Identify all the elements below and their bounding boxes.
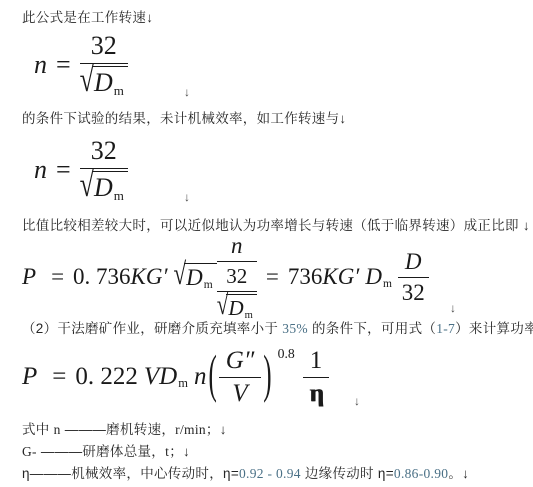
radical-sign: √ [174, 257, 187, 292]
radical-sign: √ [80, 60, 94, 101]
document-page: 此公式是在工作转速↓ n = 32 √ Dm ↓ 的条件下试验的结果，未计机械效… [0, 0, 533, 487]
linebreak-mark: ↓ [354, 394, 360, 408]
math-variable-D: D [94, 68, 113, 97]
fraction-denominator: √ Dm [80, 169, 128, 204]
fill-rate-value: 35% [282, 321, 308, 336]
paragraph-5-text: ；↓ [206, 422, 227, 437]
fraction-denominator: √ Dm [217, 292, 257, 321]
paragraph-4-text: ）来计算功率：↓ [455, 321, 533, 336]
linebreak-mark: ↓ [450, 301, 456, 315]
square-root: √ Dm [80, 66, 128, 99]
equals-sign: = [51, 264, 64, 290]
fraction-G-V: G″ V [219, 347, 261, 408]
radicand: Dm [184, 263, 217, 291]
subscript-m: m [245, 310, 253, 321]
equals-sign: = [56, 155, 71, 185]
linebreak-mark: ↓ [184, 85, 190, 99]
math-variable-n: n [231, 233, 243, 258]
square-root: √ Dm [80, 171, 128, 204]
radicand: Dm [226, 294, 257, 321]
left-paren: ( [208, 348, 216, 407]
fraction-numerator: n [217, 233, 257, 262]
paragraph-5-text: ———磨机转速， [61, 422, 175, 437]
math-variable-n: n [194, 363, 207, 391]
unit-rpm: r/min [175, 422, 206, 437]
subscript-m: m [178, 376, 188, 390]
fraction-denominator: 32 [398, 278, 429, 306]
equals-sign: = [52, 363, 66, 391]
fraction: 32 √ Dm [80, 31, 128, 99]
subscript-m: m [114, 83, 124, 98]
math-variable-n: n [34, 50, 47, 80]
math-variable-G-doubleprime: G″ [226, 347, 254, 374]
fraction-inner: 32 √ Dm [217, 264, 257, 321]
math-variable-P: P [22, 264, 36, 290]
radical-sign: √ [80, 165, 94, 206]
paragraph-7-text: η———机械效率，中心传动时，η= [22, 466, 239, 481]
fraction-1-eta: 1 η [303, 347, 330, 408]
fraction-denominator: √ Dm [80, 64, 128, 99]
fraction: 32 √ Dm [80, 136, 128, 204]
linebreak-mark: ↓ [184, 190, 190, 204]
radicand: Dm [92, 171, 128, 204]
paragraph-5: 式中 n ———磨机转速，r/min；↓ [22, 420, 525, 440]
math-variable-D: D [228, 296, 243, 320]
paragraph-7-text: 边缘传动时 η= [301, 466, 394, 481]
paragraph-4-text: 的条件下，可用式（ [308, 321, 436, 336]
paragraph-7-text: 。↓ [448, 466, 469, 481]
fraction-numerator: D [398, 249, 429, 278]
paragraph-6-text: ———研磨体总量， [37, 444, 165, 459]
efficiency-range-central: 0.92 - 0.94 [239, 466, 301, 481]
paragraph-6-text: ；↓ [169, 444, 190, 459]
coefficient: 0. 222 [75, 363, 138, 391]
math-variable-n: n [34, 155, 47, 185]
paragraph-7: η———机械效率，中心传动时，η=0.92 - 0.94 边缘传动时 η=0.8… [22, 464, 525, 484]
math-variable-V: V [232, 380, 247, 407]
paragraph-3: 比值比较相差较大时，可以近似地认为功率增长与转速（低于临界转速）成正比即 ↓ [22, 217, 525, 235]
math-variable-KG-prime: KG′ [131, 264, 168, 290]
square-root: √ Dm [174, 263, 217, 291]
paragraph-5-text: 式中 [22, 422, 54, 437]
coefficient: 736 [288, 264, 323, 290]
symbol-G: G- [22, 444, 37, 459]
paragraph-4: （2）干法磨矿作业，研磨介质充填率小于 35% 的条件下，可用式（1-7）来计算… [22, 320, 525, 338]
coefficient: 0. 736 [73, 264, 131, 290]
formula-power-proportional: P = 0. 736 KG′ √ Dm n 32 √ Dm [22, 237, 525, 317]
square-root: √ Dm [217, 294, 257, 321]
paragraph-4-text: （2）干法磨矿作业，研磨介质充填率小于 [22, 321, 282, 336]
formula-dry-grinding-power: P = 0. 222 VDm n ( G″ V ) 0.8 1 η ↓ [22, 344, 525, 410]
efficiency-range-edge: 0.86-0.90 [394, 466, 448, 481]
fraction-outer: n 32 √ Dm [217, 233, 257, 321]
fraction-denominator: V [219, 378, 261, 408]
equals-sign: = [56, 50, 71, 80]
equation-ref: 1-7 [436, 321, 455, 336]
math-variable-D: D [186, 265, 203, 290]
fraction-denominator-eta: η [303, 378, 330, 408]
formula-critical-speed-1: n = 32 √ Dm ↓ [34, 29, 525, 101]
paragraph-6: G- ———研磨体总量，t；↓ [22, 442, 525, 462]
math-variable-D: D [365, 264, 382, 289]
fraction-D-32: D 32 [398, 249, 429, 306]
math-variable-D: D [405, 249, 422, 274]
paragraph-2: 的条件下试验的结果，未计机械效率，如工作转速与↓ [22, 110, 525, 128]
radicand: Dm [92, 66, 128, 99]
fraction-numerator: 1 [303, 347, 330, 378]
fraction-numerator: G″ [219, 347, 261, 378]
equals-sign: = [266, 264, 279, 290]
right-paren: ) [263, 348, 271, 407]
symbol-n: n [54, 422, 61, 437]
math-variable-KG-prime: KG′ [322, 264, 359, 290]
math-variable-Dm: Dm [365, 264, 392, 290]
fraction-denominator: 32 √ Dm [217, 262, 257, 321]
math-variable-D: D [94, 173, 113, 202]
math-variable-VDm: VDm [144, 363, 188, 392]
radical-sign: √ [217, 288, 229, 322]
subscript-m: m [383, 278, 392, 290]
subscript-m: m [114, 188, 124, 203]
subscript-m: m [204, 279, 213, 291]
paragraph-1: 此公式是在工作转速↓ [22, 9, 525, 27]
math-variable-P: P [22, 363, 37, 391]
math-variable-VD: VD [144, 363, 177, 390]
exponent: 0.8 [278, 346, 295, 362]
formula-critical-speed-2: n = 32 √ Dm ↓ [34, 134, 525, 206]
